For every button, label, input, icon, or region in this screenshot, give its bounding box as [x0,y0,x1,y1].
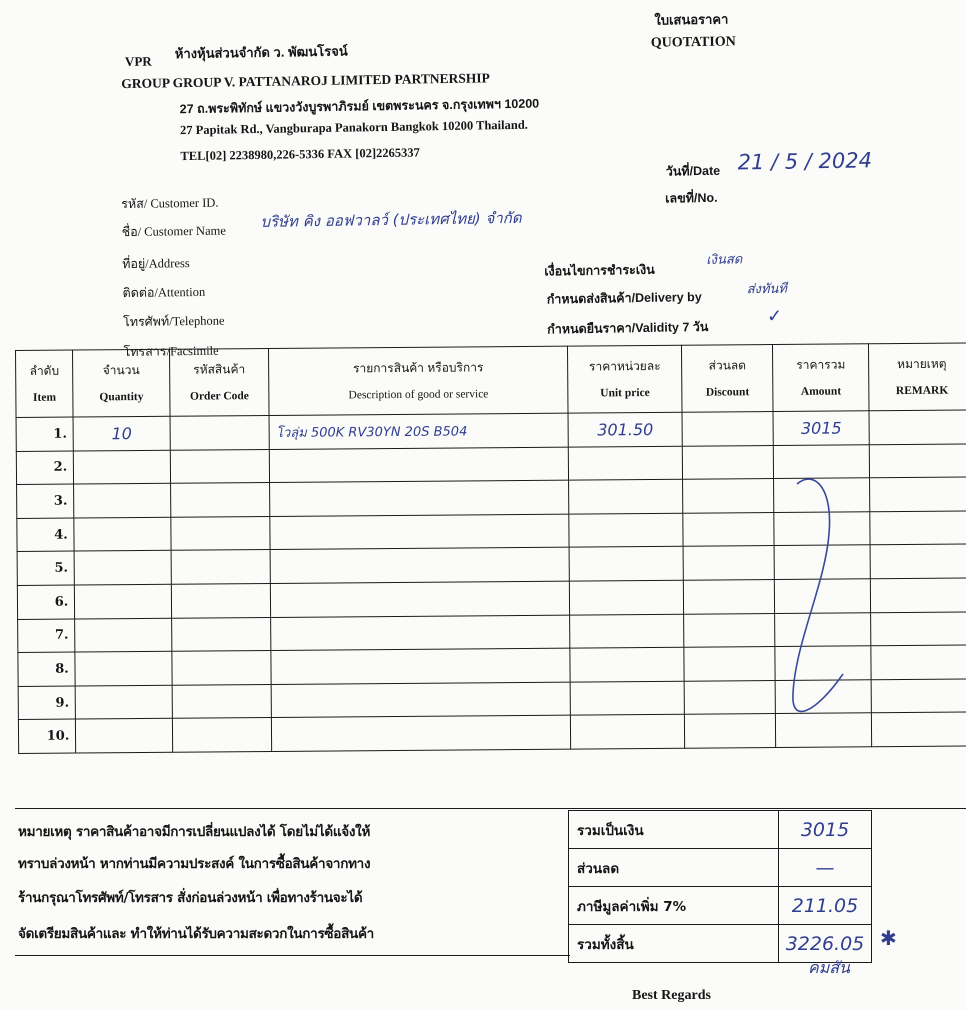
cell-remark[interactable] [870,477,966,511]
cell-desc[interactable] [271,648,570,684]
doc-title-en: QUOTATION [651,34,736,51]
cell-code[interactable] [171,583,271,617]
cell-desc[interactable] [270,480,569,516]
company-address-en: 27 Papitak Rd., Vangburapa Panakorn Bang… [180,118,528,138]
cell-unit[interactable] [570,647,685,681]
cell-remark[interactable] [870,511,966,545]
cell-qty[interactable]: 10 [73,416,170,450]
note-line-1: หมายเหตุ ราคาสินค้าอาจมีการเปลี่ยนแปลงได… [18,820,370,842]
cell-no: 5. [17,551,75,585]
cell-disc[interactable] [684,647,775,681]
cell-code[interactable] [170,483,270,517]
cell-remark[interactable] [871,578,966,612]
cell-amount[interactable] [774,512,871,546]
customer-address-label: ที่อยู่/Address [122,253,190,274]
vat-value[interactable]: 211.05 [779,887,872,925]
cell-amount[interactable] [774,579,871,613]
summary-table: รวมเป็นเงิน 3015 ส่วนลด — ภาษีมูลค่าเพิ่… [568,810,872,963]
company-contact: TEL[02] 2238980,226-5336 FAX [02]2265337 [180,145,420,164]
customer-attention-label: ติดต่อ/Attention [122,282,205,303]
cell-qty[interactable] [76,719,173,753]
customer-name-value[interactable]: บริษัท คิง ออฟวาลว์ (ประเทศไทย) จำกัด [260,206,521,234]
col-amount: ราคารวมAmount [772,344,869,412]
cell-unit[interactable] [568,446,683,480]
note-line-4: จัดเตรียมสินค้าและ ทำให้ท่านได้รับความสะ… [18,922,374,944]
cell-desc[interactable]: โวลุ่ม 500K RV30YN 20S B504 [269,413,568,449]
cell-code[interactable] [171,516,271,550]
note-line-3: ร้านกรุณาโทรศัพท์/โทรสาร สั่งก่อนล่วงหน้… [18,886,362,908]
cell-disc[interactable] [682,412,773,446]
cell-desc[interactable] [271,581,570,617]
cell-code[interactable] [172,651,272,685]
col-discount: ส่วนลดDiscount [682,345,773,413]
delivery-label: กำหนดส่งสินค้า/Delivery by [547,287,702,309]
number-label: เลขที่/No. [665,188,718,209]
table-row: 10. [18,712,966,753]
cell-no: 7. [18,619,76,653]
col-item: ลำดับItem [16,350,74,417]
cell-qty[interactable] [74,450,171,484]
cell-code[interactable] [171,550,271,584]
company-name-en: GROUP GROUP V. PATTANAROJ LIMITED PARTNE… [121,70,490,92]
doc-title-th: ใบเสนอราคา [654,9,728,31]
cell-unit[interactable] [570,715,685,749]
validity-label: กำหนดยืนราคา/Validity 7 วัน [547,317,708,340]
cell-disc[interactable] [684,613,775,647]
col-quantity: จำนวนQuantity [73,349,170,417]
cell-remark[interactable] [872,712,966,746]
cell-disc[interactable] [684,546,775,580]
cell-code[interactable] [170,449,270,483]
cell-qty[interactable] [75,685,172,719]
cell-disc[interactable] [685,680,776,714]
delivery-value[interactable]: ส่งทันที [746,278,787,300]
star-mark-icon: ✱ [880,926,897,950]
cell-unit[interactable] [569,580,684,614]
summary-row-discount: ส่วนลด — [569,849,872,887]
cell-unit[interactable] [569,614,684,648]
summary-row-vat: ภาษีมูลค่าเพิ่ม 7% 211.05 [569,887,872,925]
checkmark-icon: ✓ [767,306,782,327]
cell-desc[interactable] [270,548,569,584]
col-remark: หมายเหตุREMARK [869,343,966,411]
cell-amount[interactable] [775,612,872,646]
footer-divider-top [15,808,966,809]
cell-amount[interactable] [774,545,871,579]
cell-no: 6. [17,585,75,619]
cell-amount[interactable] [775,646,872,680]
cell-disc[interactable] [683,445,774,479]
date-label: วันที่/Date [666,161,721,182]
cell-qty[interactable] [75,618,172,652]
cell-no: 2. [16,451,74,485]
cell-remark[interactable] [870,444,966,478]
cell-amount[interactable] [773,444,870,478]
cell-desc[interactable] [270,514,569,550]
document-header: VPR ห้างหุ้นส่วนจำกัด ว. พัฒนโรจน์ GROUP… [0,0,966,360]
best-regards: Best Regards [632,988,711,1004]
date-value[interactable]: 21 / 5 / 2024 [737,148,872,174]
payment-terms-label: เงื่อนไขการชำระเงิน [544,260,655,282]
cell-qty[interactable] [75,651,172,685]
cell-amount[interactable] [775,680,872,714]
col-unit-price: ราคาหน่วยละUnit price [567,345,682,413]
cell-qty[interactable] [75,584,172,618]
customer-name-label: ชื่อ/ Customer Name [122,220,226,242]
cell-no: 8. [18,652,76,686]
cell-no: 9. [18,686,76,720]
cell-no: 4. [17,518,75,552]
items-table: ลำดับItem จำนวนQuantity รหัสสินค้าOrder … [15,342,966,753]
footer-divider-bottom [15,955,570,956]
table-header-row: ลำดับItem จำนวนQuantity รหัสสินค้าOrder … [16,343,966,418]
cell-no: 3. [17,484,75,518]
cell-unit[interactable]: 301.50 [568,412,683,446]
cell-qty[interactable] [74,483,171,517]
payment-terms-value[interactable]: เงินสด [706,248,742,270]
cell-code[interactable] [172,718,272,752]
signature-note: คมสัน [808,956,850,981]
cell-desc[interactable] [271,615,570,651]
cell-code[interactable] [172,684,272,718]
cell-qty[interactable] [74,517,171,551]
cell-disc[interactable] [685,714,776,748]
cell-no: 10. [18,719,76,753]
discount-value[interactable]: — [779,849,872,887]
cell-remark[interactable] [870,544,966,578]
cell-desc[interactable] [270,447,569,483]
cell-amount[interactable]: 3015 [773,411,870,445]
company-name-th: ห้างหุ้นส่วนจำกัด ว. พัฒนโรจน์ [175,41,348,65]
cell-unit[interactable] [569,513,684,547]
customer-id-label: รหัส/ Customer ID. [121,193,219,215]
cell-code[interactable] [171,617,271,651]
cell-code[interactable] [170,416,270,450]
cell-remark[interactable] [869,410,966,444]
cell-desc[interactable] [271,682,570,718]
cell-remark[interactable] [871,612,966,646]
cell-disc[interactable] [683,479,774,513]
cell-unit[interactable] [570,681,685,715]
cell-disc[interactable] [684,580,775,614]
cell-no: 1. [16,417,74,451]
cell-qty[interactable] [74,551,171,585]
company-address-th: 27 ถ.พระพิทักษ์ แขวงวังบูรพาภิรมย์ เขตพร… [180,94,540,120]
cell-disc[interactable] [683,512,774,546]
col-description: รายการสินค้า หรือบริการDescription of go… [269,346,568,415]
note-line-2: ทราบล่วงหน้า หากท่านมีความประสงค์ ในการซ… [18,852,370,874]
col-order-code: รหัสสินค้าOrder Code [169,349,269,417]
cell-remark[interactable] [871,645,966,679]
customer-telephone-label: โทรศัพท์/Telephone [123,311,225,333]
cell-amount[interactable] [775,713,872,747]
cell-remark[interactable] [872,679,966,713]
cell-desc[interactable] [272,715,571,751]
company-short: VPR [125,54,152,70]
cell-amount[interactable] [773,478,870,512]
cell-unit[interactable] [568,479,683,513]
summary-row-subtotal: รวมเป็นเงิน 3015 [569,811,872,849]
subtotal-value[interactable]: 3015 [779,811,872,849]
cell-unit[interactable] [569,547,684,581]
